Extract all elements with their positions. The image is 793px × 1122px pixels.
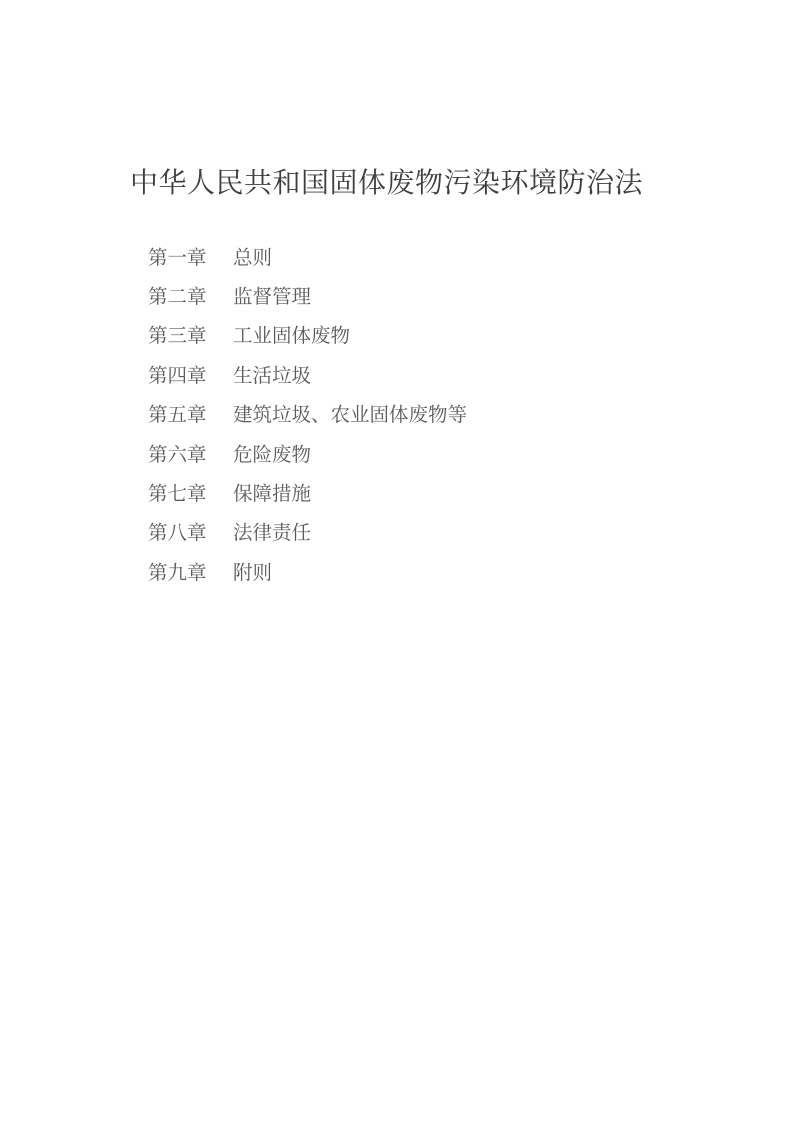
chapter-number: 第四章 — [148, 360, 208, 388]
chapter-title: 总则 — [233, 242, 272, 270]
toc-entry-chapter-2: 第二章 监督管理 — [148, 275, 467, 314]
chapter-title: 监督管理 — [233, 281, 311, 309]
chapter-title: 法律责任 — [233, 517, 311, 545]
document-page: 中华人民共和国固体废物污染环境防治法 第一章 总则 第二章 监督管理 第三章 工… — [0, 0, 793, 1122]
chapter-title: 附则 — [233, 557, 272, 585]
chapter-number: 第八章 — [148, 517, 208, 545]
chapter-number: 第九章 — [148, 557, 208, 585]
chapter-title: 保障措施 — [233, 478, 311, 506]
chapter-number: 第六章 — [148, 439, 208, 467]
chapter-title: 工业固体废物 — [233, 320, 350, 348]
toc-entry-chapter-8: 第八章 法律责任 — [148, 512, 467, 551]
toc-entry-chapter-3: 第三章 工业固体废物 — [148, 315, 467, 354]
toc-entry-chapter-6: 第六章 危险废物 — [148, 433, 467, 472]
chapter-number: 第五章 — [148, 399, 208, 427]
toc-entry-chapter-5: 第五章 建筑垃圾、农业固体废物等 — [148, 394, 467, 433]
chapter-title: 生活垃圾 — [233, 360, 311, 388]
toc-entry-chapter-9: 第九章 附则 — [148, 551, 467, 590]
chapter-title: 建筑垃圾、农业固体废物等 — [233, 399, 467, 427]
document-title: 中华人民共和国固体废物污染环境防治法 — [130, 161, 643, 201]
chapter-number: 第三章 — [148, 320, 208, 348]
chapter-number: 第七章 — [148, 478, 208, 506]
toc-entry-chapter-7: 第七章 保障措施 — [148, 472, 467, 511]
toc-entry-chapter-1: 第一章 总则 — [148, 236, 467, 275]
chapter-title: 危险废物 — [233, 439, 311, 467]
chapter-number: 第二章 — [148, 281, 208, 309]
chapter-number: 第一章 — [148, 242, 208, 270]
table-of-contents: 第一章 总则 第二章 监督管理 第三章 工业固体废物 第四章 生活垃圾 第五章 … — [148, 236, 467, 591]
toc-entry-chapter-4: 第四章 生活垃圾 — [148, 354, 467, 393]
